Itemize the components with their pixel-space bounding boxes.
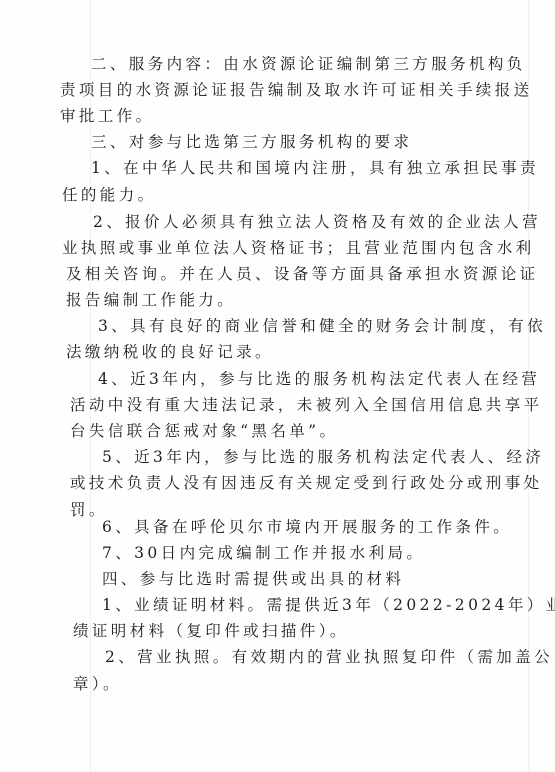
text-line: 或技术负责人没有因违反有关规定受到行政处分或刑事处 (70, 473, 543, 493)
requirement-5: 5、近3年内，参与比选的服务机构法定代表人、经济 (102, 447, 544, 467)
section-four-heading: 四、参与比选时需提供或出具的材料 (102, 569, 404, 589)
text-line: 报告编制工作能力。 (66, 290, 236, 310)
text-line: 章）。 (73, 674, 122, 694)
material-1: 1、业绩证明材料。需提供近3年（2022-2024年）业 (102, 595, 555, 615)
text-line: 任的能力。 (62, 185, 157, 205)
requirement-7: 7、30日内完成编制工作并报水利局。 (102, 543, 425, 563)
document-page: 二、服务内容：由水资源论证编制第三方服务机构负 责项目的水资源论证报告编制及取水… (0, 0, 555, 772)
text-line: 活动中没有重大违法记录，未被列入全国信用信息共享平 (70, 395, 543, 415)
requirement-4: 4、近3年内，参与比选的服务机构法定代表人在经营 (98, 369, 540, 389)
text-line: 法缴纳税收的良好记录。 (66, 342, 274, 362)
requirement-3: 3、具有良好的商业信誉和健全的财务会计制度，有依 (98, 316, 546, 336)
material-2: 2、营业执照。有效期内的营业执照复印件（需加盖公 (105, 647, 553, 667)
text-line: 台失信联合惩戒对象“黑名单”。 (70, 421, 338, 441)
text-line: 及相关咨询。并在人员、设备等方面具备承担水资源论证 (66, 264, 539, 284)
text-line: 审批工作。 (60, 106, 155, 126)
text-line: 业执照或事业单位法人资格证书；且营业范围内包含水利 (62, 238, 535, 258)
text-line: 责项目的水资源论证报告编制及取水许可证相关手续报送 (60, 80, 533, 100)
requirement-6: 6、具备在呼伦贝尔市境内开展服务的工作条件。 (102, 517, 512, 537)
section-two-heading: 二、服务内容：由水资源论证编制第三方服务机构负 (91, 54, 526, 74)
text-line: 绩证明材料（复印件或扫描件）。 (73, 621, 349, 641)
section-three-heading: 三、对参与比选第三方服务机构的要求 (91, 132, 412, 152)
requirement-1: 1、在中华人民共和国境内注册，具有独立承担民事责 (91, 158, 539, 178)
requirement-2: 2、报价人必须具有独立法人资格及有效的企业法人营 (93, 212, 541, 232)
